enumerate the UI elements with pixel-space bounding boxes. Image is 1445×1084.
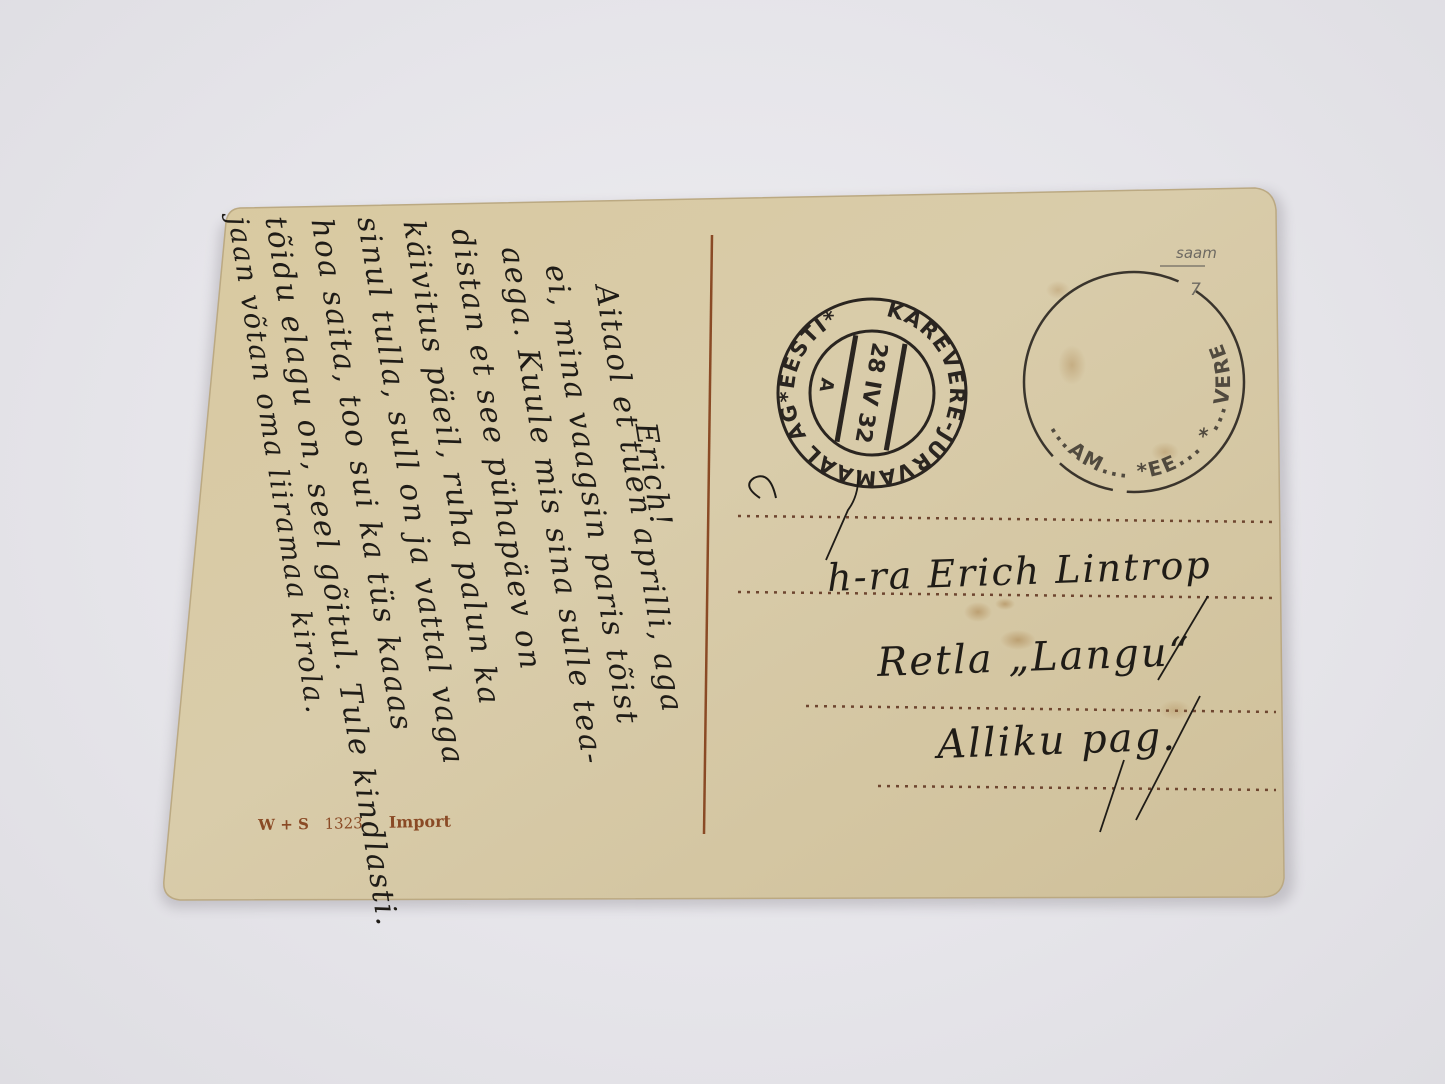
pencil-note-number: 7 xyxy=(1190,280,1201,300)
postcard: KAREVERE-JURVAMAAL AG*EESTI* 28 IV 32 A … xyxy=(0,0,1445,1084)
pencil-note: saam xyxy=(1176,244,1217,262)
pencil-note-line1: saam xyxy=(1176,244,1217,262)
address-line3: Alliku pag. xyxy=(936,714,1177,768)
import-label: Import xyxy=(389,812,451,832)
postcard-graphics: KAREVERE-JURVAMAAL AG*EESTI* 28 IV 32 A … xyxy=(0,0,1445,1084)
publisher-mark: W + S xyxy=(258,815,309,834)
publisher-imprint: W + S 1323 Import xyxy=(258,812,451,834)
publisher-number: 1323 xyxy=(324,814,362,833)
